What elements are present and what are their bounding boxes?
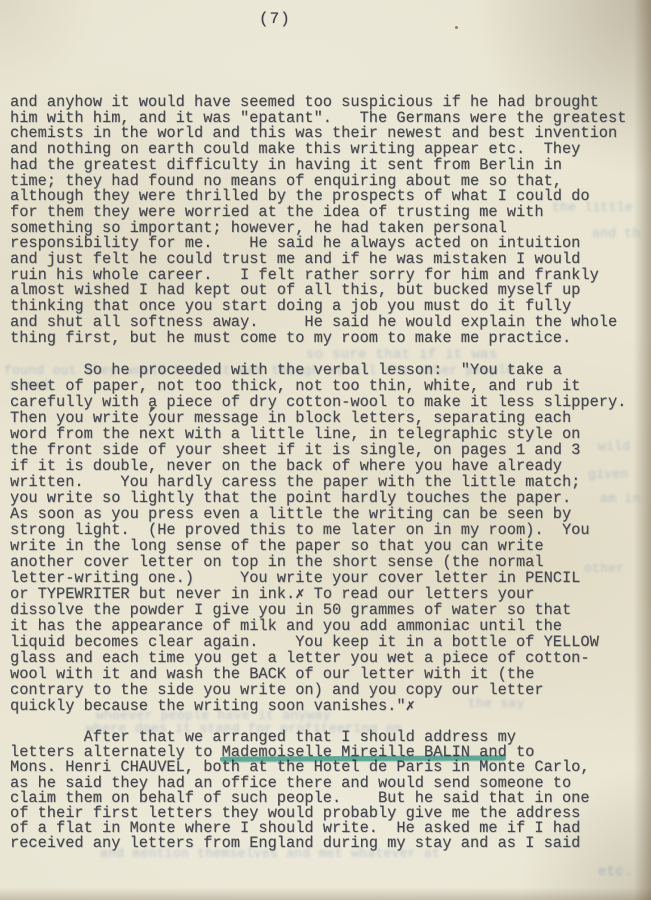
text-line: Then you write your message in block let… <box>10 410 643 426</box>
text-line: contrary to the side you write on) and y… <box>10 682 643 698</box>
text-line: or TYPEWRITER but never in ink.✗ To read… <box>10 586 643 602</box>
text-line: dissolve the powder I give you in 50 gra… <box>10 602 643 618</box>
paragraph-1: and anyhow it would have seemed too susp… <box>10 95 643 346</box>
text-line: carefully with a piece of dry cotton-woo… <box>10 394 643 410</box>
text-line: liquid becomes clear again. You keep it … <box>10 634 643 650</box>
text-line: So he proceeded with the verbal lesson: … <box>10 362 643 378</box>
paragraph-3: After that we arranged that I should add… <box>10 730 643 852</box>
text-line: write in the long sense of the paper so … <box>10 538 643 554</box>
text-line: the front side of your sheet if it is si… <box>10 442 643 458</box>
text-line: written. You hardly caress the paper wit… <box>10 474 643 490</box>
text-line: strong light. (He proved this to me late… <box>10 522 643 538</box>
text-line: thing first, but he must come to my room… <box>10 331 643 347</box>
text-line: another cover letter on top in the short… <box>10 554 643 570</box>
text-line: wool with it and wash the BACK of our le… <box>10 666 643 682</box>
bleed-through-text: etc. <box>598 866 633 879</box>
text-line: letter-writing one.) You write your cove… <box>10 570 643 586</box>
scanned-document-page: the little and th so sure that if it was… <box>0 0 651 900</box>
text-line: sheet of paper, not too thick, not too t… <box>10 378 643 394</box>
text-line: if it is double, never on the back of wh… <box>10 458 643 474</box>
paragraph-2: So he proceeded with the verbal lesson: … <box>10 362 643 714</box>
page-number: (7) <box>259 10 291 28</box>
text-line: As soon as you press even a little the w… <box>10 506 643 522</box>
paper-speck <box>455 26 458 29</box>
text-line: glass and each time you get a letter you… <box>10 650 643 666</box>
text-line: word from the next with a little line, i… <box>10 426 643 442</box>
text-line: you write so lightly that the point hard… <box>10 490 643 506</box>
text-line: it has the appearance of milk and you ad… <box>10 618 643 634</box>
text-line: quickly because the writing soon vanishe… <box>10 698 643 714</box>
text-line: received any letters from England during… <box>10 836 643 851</box>
